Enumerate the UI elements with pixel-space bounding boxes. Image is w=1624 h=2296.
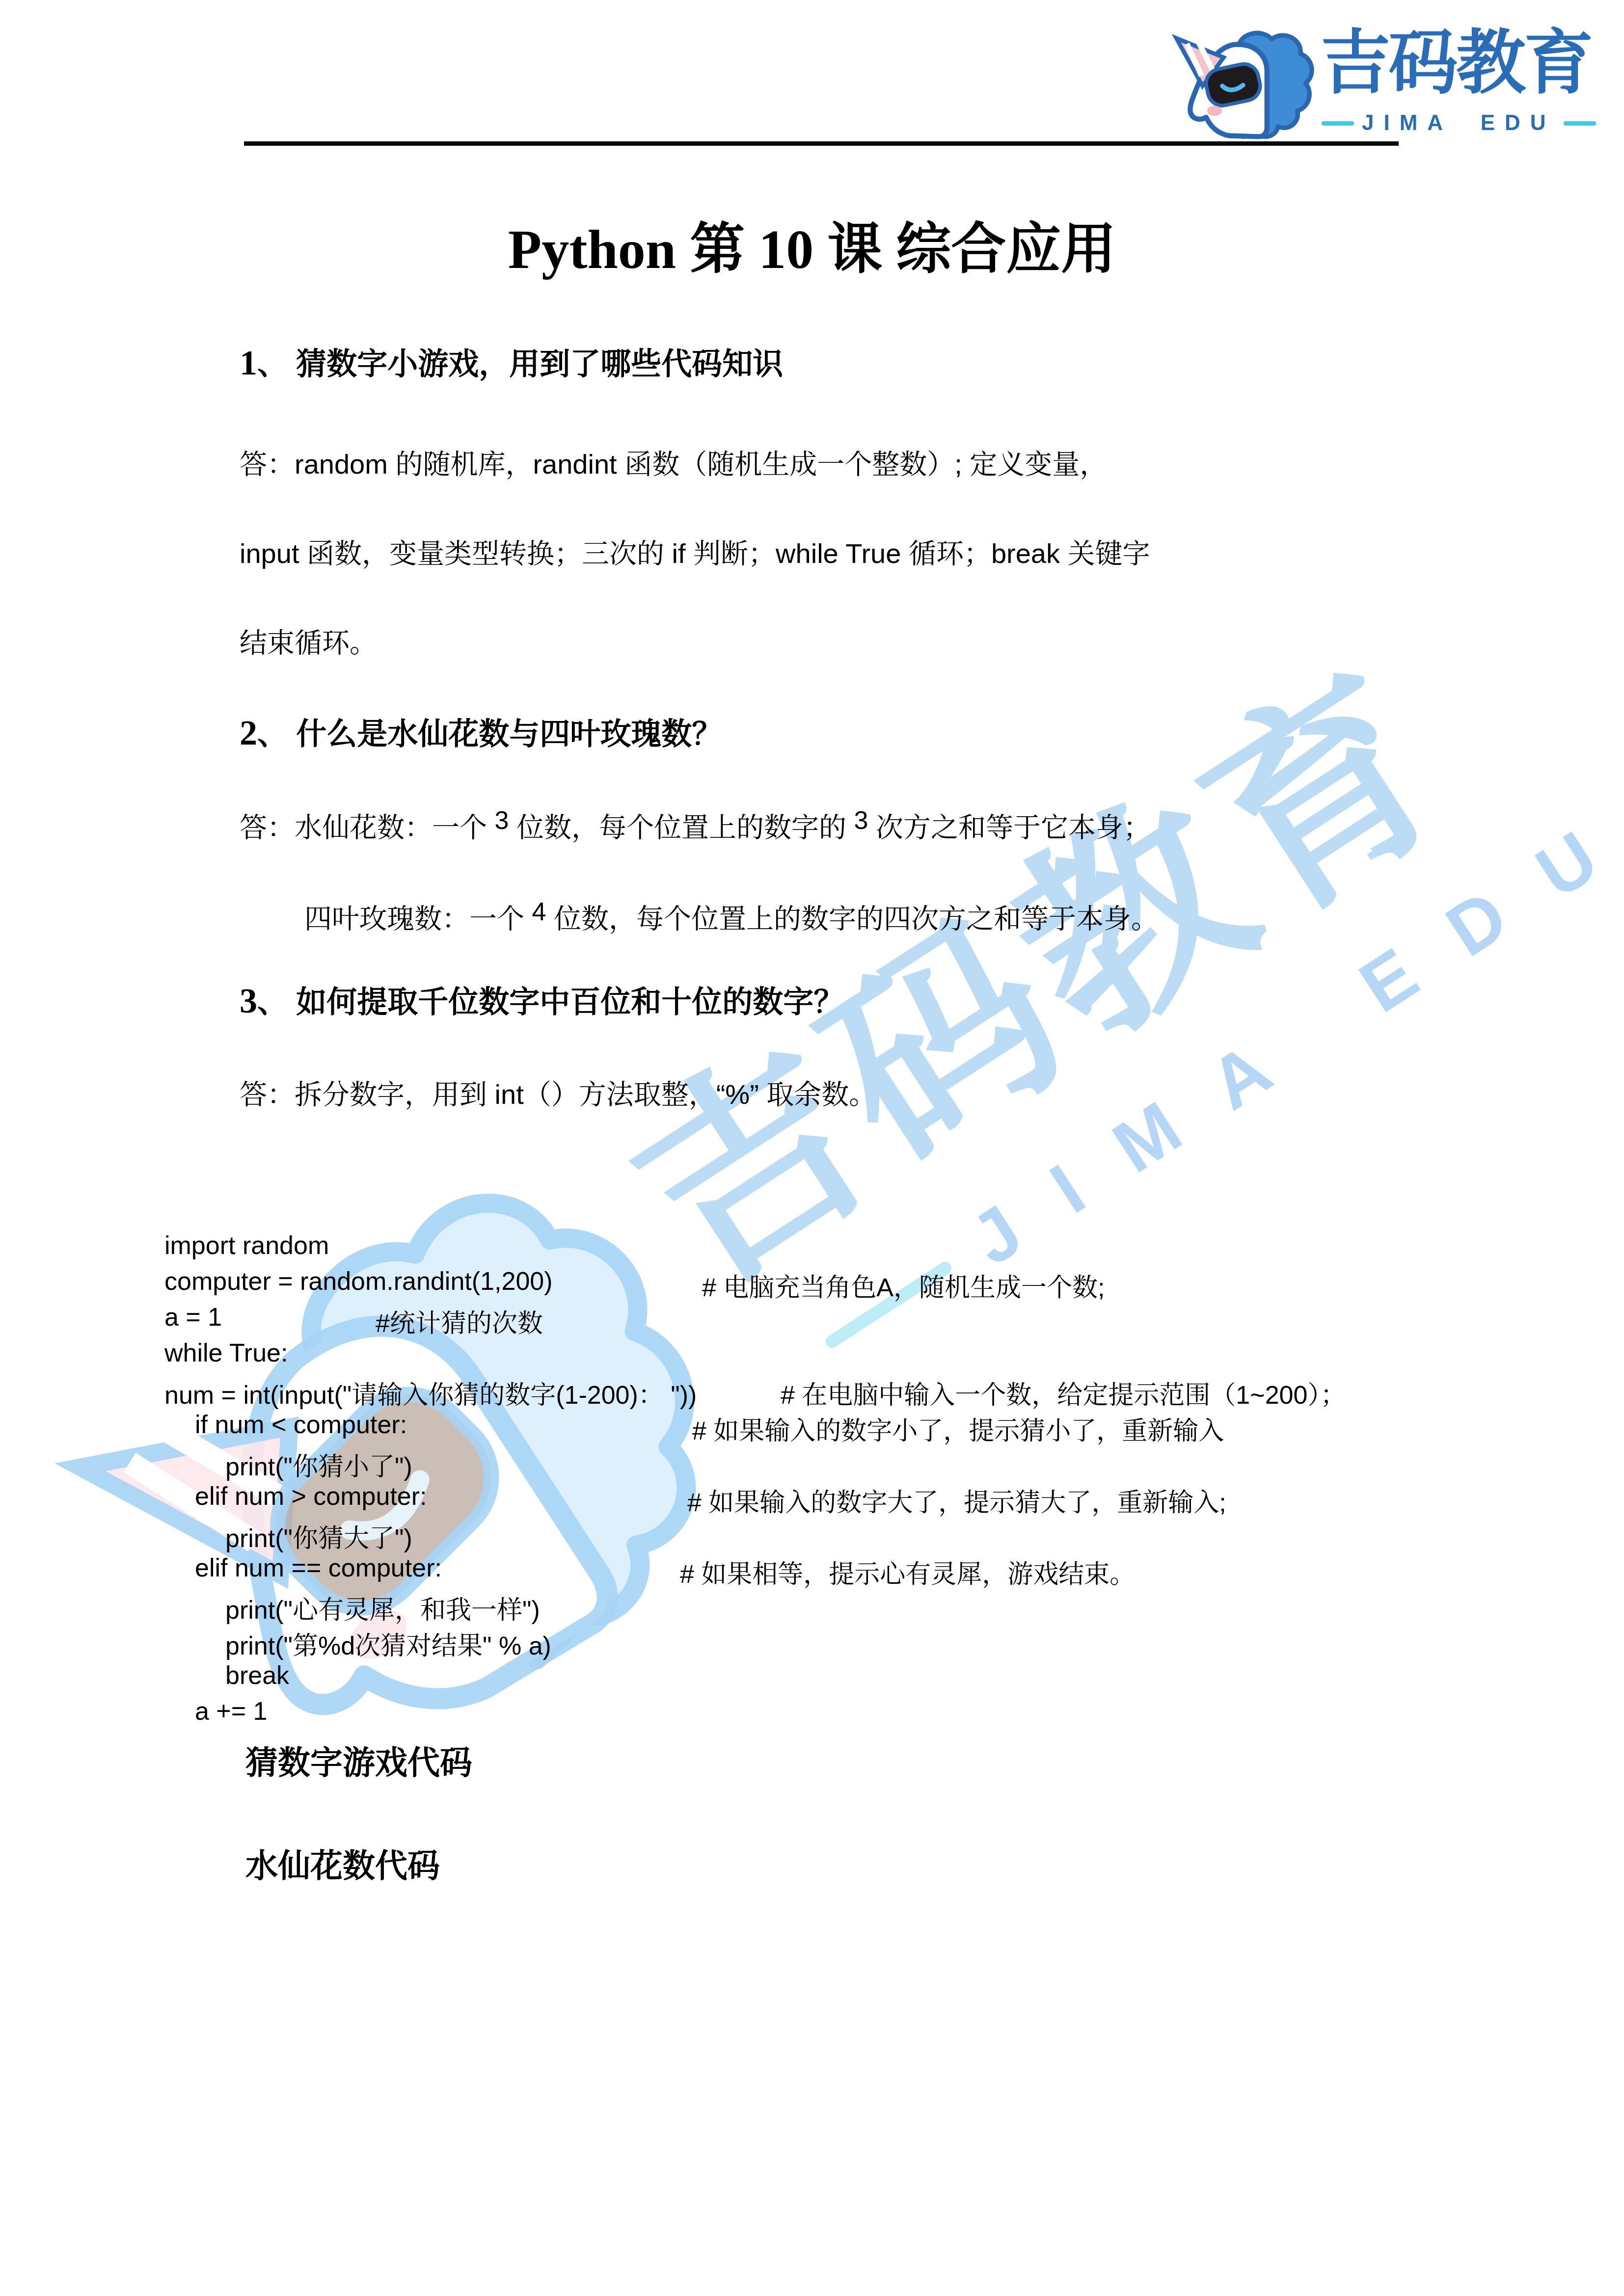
answer2-line1: 答：水仙花数：一个 3 位数，每个位置上的数字的 3 次方之和等于它本身； — [240, 806, 1151, 845]
code-text: elif num == computer: — [195, 1554, 442, 1582]
code-text: while True: — [164, 1339, 288, 1367]
code-line: break — [164, 1661, 1588, 1690]
code-line: elif num > computer:# 如果输入的数字大了，提示猜大了，重新… — [164, 1482, 1588, 1511]
unicorn-logo-icon — [1169, 20, 1317, 141]
code-text: print("你猜小了") — [225, 1453, 412, 1481]
code-text: a += 1 — [195, 1697, 267, 1726]
section-number: 1 — [240, 343, 257, 382]
code-line: computer = random.randint(1,200)# 电脑充当角色… — [164, 1267, 1588, 1296]
watermark-brand-text: 吉码教育 — [603, 472, 1624, 1316]
code-line: print("你猜小了") — [164, 1446, 1588, 1483]
code-comment: # 如果相等，提示心有灵犀，游戏结束。 — [680, 1553, 1135, 1590]
code-text: import random — [164, 1231, 329, 1260]
brand-name: 吉码教育 — [1321, 28, 1592, 98]
section-title-text: 、 如何提取千位数字中百位和十位的数字？ — [257, 986, 844, 1019]
section-heading-1: 1、 猜数字小游戏，用到了哪些代码知识 — [240, 340, 783, 383]
code-text: break — [225, 1661, 289, 1690]
answer-text: 次方之和等于它本身； — [868, 812, 1151, 843]
section-title-text: 、 什么是水仙花数与四叶玫瑰数？ — [257, 718, 722, 751]
digit-3: 3 — [495, 806, 509, 835]
digit-3: 3 — [854, 806, 868, 835]
section-number: 3 — [240, 981, 257, 1020]
code-text: a = 1 — [164, 1303, 222, 1332]
document-page: 吉码教育 JIMA EDU 吉码教育 JIMA EDU Python 第 10 … — [0, 0, 1624, 2296]
code-text: computer = random.randint(1,200) — [164, 1267, 553, 1296]
code-comment: # 在电脑中输入一个数，给定提示范围（1~200）； — [781, 1374, 1346, 1411]
watermark-subtitle-text: JIMA EDU — [956, 785, 1624, 1281]
answer2-line2: 四叶玫瑰数：一个 4 位数，每个位置上的数字的四次方之和等于本身。 — [304, 897, 1159, 936]
answer-text: 位数，每个位置上的数字的 — [509, 812, 854, 843]
code-line: elif num == computer:# 如果相等，提示心有灵犀，游戏结束。 — [164, 1553, 1588, 1583]
answer1-line3: 结束循环。 — [240, 621, 377, 661]
answer1-line1: 答：random 的随机库，randint 函数（随机生成一个整数）; 定义变量… — [240, 443, 1107, 482]
brand-dash-left — [1322, 121, 1354, 126]
page-title: Python 第 10 课 综合应用 — [0, 205, 1624, 284]
code-text: print("你猜大了") — [225, 1524, 412, 1553]
answer3-line1: 答：拆分数字，用到 int（）方法取整，“%” 取余数。 — [240, 1073, 876, 1112]
code-line: print("心有灵犀，和我一样") — [164, 1589, 1588, 1626]
answer-text: 四叶玫瑰数：一个 — [304, 903, 532, 934]
code-text: if num < computer: — [195, 1411, 407, 1439]
answer1-line2: input 函数，变量类型转换；三次的 if 判断；while True 循环；… — [240, 532, 1150, 571]
code-comment: # 如果输入的数字大了，提示猜大了，重新输入; — [687, 1482, 1226, 1519]
section-number: 2 — [240, 713, 257, 752]
code-comment: # 如果输入的数字小了，提示猜小了，重新输入 — [692, 1410, 1224, 1447]
section-heading-3: 3、 如何提取千位数字中百位和十位的数字？ — [240, 978, 844, 1021]
code-line: a = 1#统计猜的次数 — [164, 1303, 1588, 1332]
code-line: num = int(input("请输入你猜的数字(1-200)： "))# 在… — [164, 1374, 1588, 1411]
code-line: if num < computer:# 如果输入的数字小了，提示猜小了，重新输入 — [164, 1410, 1588, 1440]
answer-text: 答：水仙花数：一个 — [240, 812, 495, 843]
brand-subtitle-text: JIMA EDU — [1362, 111, 1556, 135]
brand-subtitle-row: JIMA EDU — [1322, 111, 1596, 135]
code-comment: # 电脑充当角色A，随机生成一个数; — [702, 1267, 1105, 1304]
section-title-text: 、 猜数字小游戏，用到了哪些代码知识 — [257, 347, 783, 381]
code-line: a += 1 — [164, 1697, 1588, 1726]
header-divider — [244, 141, 1399, 146]
caption-narcissus-code: 水仙花数代码 — [245, 1840, 440, 1886]
caption-guess-number-code: 猜数字游戏代码 — [245, 1736, 472, 1783]
section-heading-2: 2、 什么是水仙花数与四叶玫瑰数？ — [240, 710, 722, 753]
digit-4: 4 — [532, 898, 546, 926]
code-text: print("心有灵犀，和我一样") — [225, 1596, 540, 1625]
code-text: elif num > computer: — [195, 1482, 427, 1511]
code-comment: #统计猜的次数 — [376, 1303, 543, 1339]
code-line: print("第%d次猜对结果" % a) — [164, 1625, 1588, 1662]
code-text: num = int(input("请输入你猜的数字(1-200)： ")) — [164, 1381, 697, 1410]
code-line: print("你猜大了") — [164, 1518, 1588, 1554]
code-line: while True: — [164, 1338, 1588, 1368]
code-text: print("第%d次猜对结果" % a) — [225, 1632, 551, 1660]
answer-text: 位数，每个位置上的数字的四次方之和等于本身。 — [546, 903, 1159, 934]
brand-dash-right — [1564, 121, 1596, 126]
code-line: import random — [164, 1231, 1588, 1260]
